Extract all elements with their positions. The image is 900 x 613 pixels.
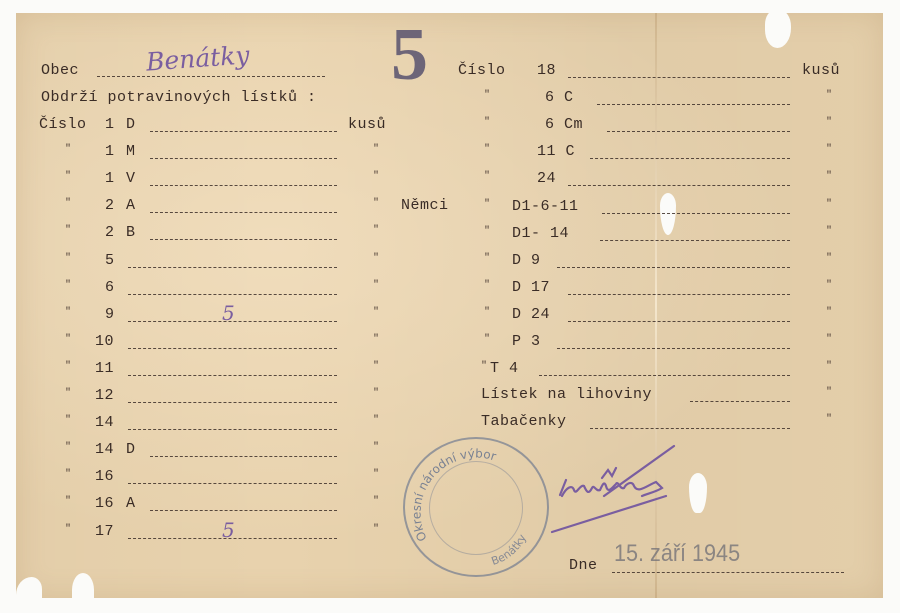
- ration-code: D 24: [512, 307, 550, 322]
- ration-number: 1: [105, 171, 115, 186]
- ditto-mark: ": [484, 145, 490, 155]
- ration-number: 1: [105, 117, 115, 132]
- ditto-mark: ": [373, 145, 379, 155]
- ration-quantity-line[interactable]: [568, 321, 790, 322]
- ration-code: 6 C: [545, 90, 574, 105]
- liquor-field-line[interactable]: [690, 401, 790, 402]
- ditto-mark: ": [484, 335, 490, 345]
- ration-code: P 3: [512, 334, 541, 349]
- nemci-label: Němci: [401, 198, 449, 213]
- ration-quantity-line[interactable]: [128, 483, 337, 484]
- ration-quantity-line[interactable]: [150, 510, 337, 511]
- ration-quantity-line[interactable]: [150, 239, 337, 240]
- ditto-mark: ": [373, 443, 379, 453]
- ditto-mark: ": [484, 172, 490, 182]
- date-field-line[interactable]: [612, 572, 844, 573]
- ration-quantity-line[interactable]: [150, 456, 337, 457]
- date-stamp: 15. září 1945: [614, 540, 740, 568]
- ditto-mark: ": [826, 415, 832, 425]
- ration-number: 12: [95, 388, 114, 403]
- ration-number: 10: [95, 334, 114, 349]
- form-number: 5: [391, 18, 428, 92]
- ration-code: D1- 14: [512, 226, 569, 241]
- ration-quantity-line[interactable]: [128, 267, 337, 268]
- ditto-mark: ": [65, 525, 71, 535]
- ditto-mark: ": [484, 308, 490, 318]
- unit-label: kusů: [348, 117, 386, 132]
- ditto-mark: ": [826, 335, 832, 345]
- ditto-mark: ": [484, 281, 490, 291]
- paper-tear: [16, 577, 42, 607]
- obec-label: Obec: [41, 63, 79, 78]
- ration-code: 18: [537, 63, 556, 78]
- unit-label: kusů: [802, 63, 840, 78]
- cislo-label: Číslo: [458, 63, 506, 78]
- ditto-mark: ": [373, 335, 379, 345]
- ration-number: 16: [95, 469, 114, 484]
- paper-tear: [72, 573, 94, 607]
- ditto-mark: ": [484, 227, 490, 237]
- ditto-mark: ": [65, 362, 71, 372]
- ration-code: 11 C: [537, 144, 575, 159]
- ditto-mark: ": [826, 118, 832, 128]
- ration-quantity-line[interactable]: [128, 348, 337, 349]
- ration-quantity-line[interactable]: [150, 131, 337, 132]
- ditto-mark: ": [826, 388, 832, 398]
- ration-number: 2: [105, 225, 115, 240]
- ration-number: 5: [105, 253, 115, 268]
- ration-quantity-line[interactable]: [590, 158, 790, 159]
- ditto-mark: ": [826, 362, 832, 372]
- ditto-mark: ": [65, 335, 71, 345]
- svg-text:Benátky: Benátky: [490, 532, 530, 568]
- ration-letter: D: [126, 117, 136, 132]
- ration-quantity-value[interactable]: 5: [222, 301, 235, 325]
- ditto-mark: ": [65, 226, 71, 236]
- ration-number: 17: [95, 524, 114, 539]
- ration-quantity-line[interactable]: [600, 240, 790, 241]
- ditto-mark: ": [65, 281, 71, 291]
- ditto-mark: ": [65, 199, 71, 209]
- ration-letter: V: [126, 171, 136, 186]
- ration-quantity-line[interactable]: [150, 158, 337, 159]
- ration-letter: D: [126, 442, 136, 457]
- ditto-mark: ": [826, 145, 832, 155]
- ration-quantity-line[interactable]: [128, 429, 337, 430]
- ration-quantity-line[interactable]: [128, 402, 337, 403]
- obec-field-line: [97, 76, 325, 77]
- ditto-mark: ": [65, 416, 71, 426]
- ration-number: 6: [105, 280, 115, 295]
- ditto-mark: ": [373, 389, 379, 399]
- ditto-mark: ": [65, 308, 71, 318]
- ration-letter: B: [126, 225, 136, 240]
- ration-quantity-value[interactable]: 5: [222, 518, 235, 542]
- date-label: Dne: [569, 558, 598, 573]
- ditto-mark: ": [481, 362, 487, 372]
- ration-quantity-line[interactable]: [568, 77, 790, 78]
- ration-quantity-line[interactable]: [568, 294, 790, 295]
- ration-code: T 4: [490, 361, 519, 376]
- ration-quantity-line[interactable]: [150, 185, 337, 186]
- ditto-mark: ": [484, 254, 490, 264]
- ration-letter: A: [126, 496, 136, 511]
- ration-number: 16: [95, 496, 114, 511]
- ditto-mark: ": [826, 254, 832, 264]
- ration-code: D 9: [512, 253, 541, 268]
- ration-quantity-line[interactable]: [557, 267, 790, 268]
- stamp-place: Benátky: [490, 532, 530, 568]
- svg-text:Okresní národní výbor: Okresní národní výbor: [409, 446, 498, 543]
- ditto-mark: ": [826, 281, 832, 291]
- ditto-mark: ": [373, 226, 379, 236]
- ditto-mark: ": [484, 118, 490, 128]
- ration-quantity-line[interactable]: [557, 348, 790, 349]
- ditto-mark: ": [373, 308, 379, 318]
- ration-quantity-line[interactable]: [150, 212, 337, 213]
- official-round-stamp: Okresní národní výbor Benátky: [403, 437, 549, 577]
- ditto-mark: ": [826, 227, 832, 237]
- ration-quantity-line[interactable]: [568, 185, 790, 186]
- ditto-mark: ": [373, 497, 379, 507]
- signature: [546, 440, 686, 540]
- ditto-mark: ": [373, 172, 379, 182]
- ditto-mark: ": [826, 91, 832, 101]
- ration-quantity-line[interactable]: [602, 213, 790, 214]
- ditto-mark: ": [373, 199, 379, 209]
- ditto-mark: ": [373, 470, 379, 480]
- paper-hole: [689, 473, 707, 513]
- tobacco-label: Tabačenky: [481, 414, 567, 429]
- ditto-mark: ": [373, 281, 379, 291]
- intro-text: Obdrží potravinových lístků :: [41, 90, 317, 105]
- ditto-mark: ": [826, 200, 832, 210]
- ditto-mark: ": [484, 91, 490, 101]
- ration-quantity-line[interactable]: [597, 104, 790, 105]
- ration-quantity-line[interactable]: [539, 375, 790, 376]
- ditto-mark: ": [484, 200, 490, 210]
- ration-quantity-line[interactable]: [607, 131, 790, 132]
- ditto-mark: ": [65, 145, 71, 155]
- ditto-mark: ": [373, 362, 379, 372]
- ditto-mark: ": [826, 308, 832, 318]
- cislo-label: Číslo: [39, 117, 87, 132]
- ration-number: 11: [95, 361, 114, 376]
- ditto-mark: ": [65, 443, 71, 453]
- ditto-mark: ": [65, 172, 71, 182]
- ration-number: 14: [95, 442, 114, 457]
- liquor-label: Lístek na lihoviny: [481, 387, 652, 402]
- ditto-mark: ": [65, 497, 71, 507]
- ration-code: 24: [537, 171, 556, 186]
- ration-number: 1: [105, 144, 115, 159]
- ditto-mark: ": [65, 254, 71, 264]
- stamp-text: Okresní národní výbor: [409, 446, 498, 543]
- ration-number: 2: [105, 198, 115, 213]
- ditto-mark: ": [65, 470, 71, 480]
- ditto-mark: ": [65, 389, 71, 399]
- ration-quantity-line[interactable]: [128, 375, 337, 376]
- ration-code: D1-6-11: [512, 199, 579, 214]
- ditto-mark: ": [373, 416, 379, 426]
- ration-letter: M: [126, 144, 136, 159]
- ditto-mark: ": [373, 254, 379, 264]
- ration-code: 6 Cm: [545, 117, 583, 132]
- ration-number: 9: [105, 307, 115, 322]
- ration-letter: A: [126, 198, 136, 213]
- ditto-mark: ": [826, 172, 832, 182]
- ration-number: 14: [95, 415, 114, 430]
- ration-code: D 17: [512, 280, 550, 295]
- ditto-mark: ": [373, 525, 379, 535]
- tobacco-field-line[interactable]: [590, 428, 790, 429]
- ration-quantity-line[interactable]: [128, 294, 337, 295]
